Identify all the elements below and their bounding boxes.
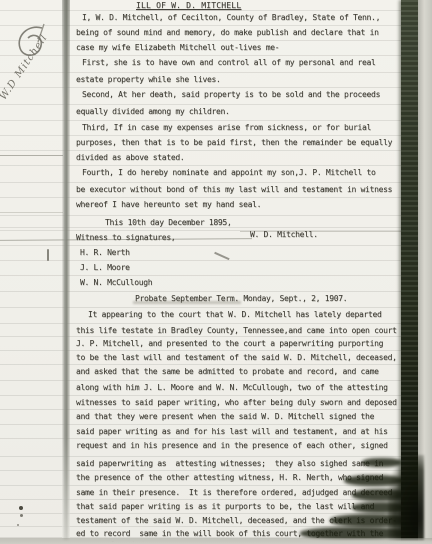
- corner-ink-stain: [388, 455, 424, 544]
- text-line: J. L. Moore: [80, 263, 130, 272]
- text-line: and asked that the same be admitted to p…: [76, 367, 379, 376]
- text-line: equally divided among my children.: [76, 107, 230, 116]
- text-line: divided as above stated.: [76, 153, 184, 162]
- text-line: H. R. Nerth: [80, 248, 130, 257]
- text-line: said paperwriting as attesting witnesses…: [76, 459, 383, 468]
- text-line: purposes, then that is to be paid first,…: [76, 138, 392, 147]
- text-line: Witness to signatures,: [76, 233, 175, 242]
- text-line: whereof I have hereunto set my hand seal…: [76, 200, 261, 209]
- scan-bottom-edge: [0, 538, 432, 544]
- ink-dot: [19, 506, 23, 510]
- text-line: along with him J. L. Moore and W. N. McC…: [76, 383, 388, 392]
- pencil-tick-mark: [47, 249, 49, 261]
- text-line: It appearing to the court that W. D. Mit…: [88, 310, 382, 319]
- document-title: ILL OF W. D. MITCHELL: [136, 1, 241, 10]
- text-line: estate property while she lives.: [76, 75, 221, 84]
- text-line: Second, At her death, said property is t…: [82, 90, 380, 99]
- text-line: be executor without bond of this my last…: [76, 185, 392, 194]
- text-line: to be the last will and testament of the…: [76, 353, 397, 362]
- ink-dot: [17, 524, 19, 526]
- text-line: said paper writing as and for his last w…: [76, 427, 388, 436]
- text-line: the presence of the other attesting witn…: [76, 473, 383, 482]
- text-line: J. P. Mitchell, and presented to the cou…: [76, 339, 383, 348]
- text-line: that said paper writing is as it purport…: [76, 502, 374, 511]
- text-line: and that they were present when the said…: [76, 412, 374, 421]
- signature-underline: [240, 231, 402, 232]
- text-line: same in their presence. It is therefore …: [76, 488, 392, 497]
- text-line: witnesses to said paper writing, who aft…: [76, 398, 397, 407]
- page-fold-crease: [62, 0, 70, 544]
- text-line: this life testate in Bradley County, Ten…: [76, 326, 397, 335]
- ink-dot: [20, 514, 23, 517]
- text-line: Probate September Term. Monday, Sept., 2…: [135, 294, 347, 303]
- text-line: being of sound mind and memory, do make …: [76, 28, 379, 37]
- text-line: Third, If in case my expenses arise from…: [82, 123, 371, 132]
- text-line: W. N. McCullough: [80, 278, 152, 287]
- margin-rule-line: [0, 212, 63, 213]
- text-line: First, she is to have own and control al…: [82, 58, 376, 67]
- text-line: request and in his presence and in the p…: [76, 441, 388, 450]
- margin-rule-line: [0, 155, 63, 156]
- text-line: Fourth, I do hereby nominate and appoint…: [82, 168, 376, 177]
- scanned-document-page: { "page": { "paper_color": "#f1f0ea", "i…: [0, 0, 432, 544]
- pencil-slash-mark: [214, 252, 229, 260]
- text-line: case my wife Elizabeth Mitchell out-live…: [76, 43, 279, 52]
- text-line: This 10th day December 1895,: [105, 218, 231, 227]
- paper-background: ILL OF W. D. MITCHELL I, W. D. Mitchell,…: [0, 0, 432, 544]
- text-line: I, W. D. Mitchell, of Cecilton, County o…: [82, 13, 380, 22]
